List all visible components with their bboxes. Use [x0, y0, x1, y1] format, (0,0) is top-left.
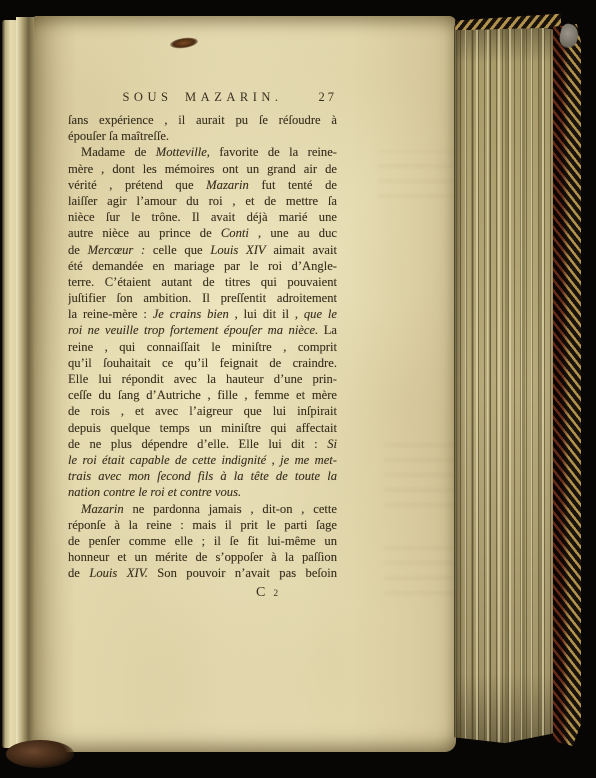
text-line: de Louis XIV. Son pouvoir n’avait pas be…	[68, 565, 337, 581]
italic-text-segment: Mazarin	[206, 178, 249, 192]
page-fore-edge	[454, 20, 556, 746]
book-photo: SOUS MAZARIN. 27 ſans expérience , il au…	[0, 0, 596, 778]
text-segment: de rois , et avec l’aigreur que lui inſp…	[68, 404, 337, 418]
text-segment: nièce ſur le trône. Il avait déjà marié …	[68, 210, 337, 224]
running-head-title: SOUS MAZARIN.	[122, 90, 282, 104]
text-segment: mère , dont les mémoires ont un grand ai…	[68, 162, 337, 176]
text-line: de ne plus dépendre d’elle. Elle lui dit…	[68, 436, 337, 452]
cover-top-edge	[455, 14, 561, 31]
text-segment: , une au duc	[249, 226, 337, 240]
text-segment: laiſſer agir l’amour du roi , et de mett…	[68, 194, 337, 208]
text-segment: autre nièce au prince de	[68, 226, 221, 240]
italic-text-segment: roi ne veuille trop fortement épouſer ma…	[68, 323, 318, 337]
text-segment: la reine-mère :	[68, 307, 153, 321]
text-segment: ceſſe du ſang d’Autriche , fille , femme…	[68, 388, 337, 402]
text-segment: de	[68, 243, 88, 257]
text-segment: de penſer comme elle ; il ſe fit lui-mêm…	[68, 534, 337, 548]
text-line: roi ne veuille trop fortement épouſer ma…	[68, 322, 337, 338]
text-line: de penſer comme elle ; il ſe fit lui-mêm…	[68, 533, 337, 549]
signature-letter: C	[256, 585, 265, 600]
text-line: laiſſer agir l’amour du roi , et de mett…	[68, 193, 337, 209]
text-segment: fut tenté de	[249, 178, 337, 192]
text-segment: épouſer ſa maîtreſſe.	[68, 129, 169, 143]
text-line: vérité , prétend que Mazarin fut tenté d…	[68, 177, 337, 193]
text-segment: aimait avait	[266, 243, 337, 257]
italic-text-segment: trais avec mon ſecond fils à la tête de …	[68, 469, 337, 483]
italic-text-segment: Conti	[221, 226, 249, 240]
text-line: ceſſe du ſang d’Autriche , fille , femme…	[68, 387, 337, 403]
book-cover-edge	[553, 24, 581, 746]
text-segment: qu’il ſouhaitait ce qu’il feignait de cr…	[68, 356, 337, 370]
text-line: nièce ſur le trône. Il avait déjà marié …	[68, 209, 337, 225]
text-line: qu’il ſouhaitait ce qu’il feignait de cr…	[68, 355, 337, 371]
cover-corner	[6, 740, 74, 768]
text-line: depuis quelque temps un miniſtre qui aff…	[68, 420, 337, 436]
italic-text-segment: Motteville	[156, 145, 207, 159]
text-segment: , favorite de la reine-	[207, 145, 337, 159]
text-segment: celle que	[145, 243, 210, 257]
text-segment: reine , qui connaiſſait le miniſtre , co…	[68, 340, 337, 354]
text-line: autre nièce au prince de Conti , une au …	[68, 225, 337, 241]
text-segment: été demandée en mariage par le roi d’Ang…	[68, 259, 337, 273]
text-line: juſtifier ſon ambition. Il preſſentit ad…	[68, 290, 337, 306]
italic-text-segment: que le	[304, 307, 337, 321]
text-segment: Son pouvoir n’avait pas beſoin	[148, 566, 337, 580]
running-head: SOUS MAZARIN. 27	[68, 90, 337, 107]
text-line: le roi était capable de cette indignité …	[68, 452, 337, 468]
text-segment: terre. C’étaient autant de titres qui po…	[68, 275, 337, 289]
text-segment: de	[68, 566, 89, 580]
italic-text-segment: Louis XIV.	[89, 566, 148, 580]
text-line: Madame de Motteville, favorite de la rei…	[68, 144, 337, 160]
italic-text-segment: Mazarin	[81, 502, 124, 516]
italic-text-segment: Si	[327, 437, 337, 451]
text-segment: ne pardonna jamais , dit-on , cette	[124, 502, 337, 516]
page-number: 27	[319, 90, 338, 105]
signature-mark: C2	[68, 585, 337, 601]
text-segment: , lui dit il ,	[229, 307, 304, 321]
italic-text-segment: le roi était capable de cette indignité …	[68, 453, 337, 467]
text-line: trais avec mon ſecond fils à la tête de …	[68, 468, 337, 484]
text-segment: juſtifier ſon ambition. Il preſſentit ad…	[68, 291, 337, 305]
text-line: Mazarin ne pardonna jamais , dit-on , ce…	[68, 501, 337, 517]
text-segment: Madame de	[81, 145, 156, 159]
text-line: ſans expérience , il aurait pu ſe réſoud…	[68, 112, 337, 128]
text-segment: vérité , prétend que	[68, 178, 206, 192]
text-line: nation contre le roi et contre vous.	[68, 484, 337, 500]
text-line: terre. C’étaient autant de titres qui po…	[68, 274, 337, 290]
italic-text-segment: Mercœur :	[88, 243, 146, 257]
text-line: reine , qui connaiſſait le miniſtre , co…	[68, 339, 337, 355]
text-line: de Mercœur : celle que Louis XIV aimait …	[68, 242, 337, 258]
page-body-text: ſans expérience , il aurait pu ſe réſoud…	[68, 112, 337, 581]
text-line: mère , dont les mémoires ont un grand ai…	[68, 161, 337, 177]
italic-text-segment: nation contre le roi et contre vous.	[68, 485, 241, 499]
italic-text-segment: Je crains bien	[153, 307, 229, 321]
text-line: épouſer ſa maîtreſſe.	[68, 128, 337, 144]
text-segment: réponſe à la reine : mais il prit le par…	[68, 518, 337, 532]
signature-number: 2	[273, 589, 278, 599]
italic-text-segment: Louis XIV	[210, 243, 265, 257]
text-segment: depuis quelque temps un miniſtre qui aff…	[68, 421, 337, 435]
text-segment: La	[318, 323, 337, 337]
text-line: réponſe à la reine : mais il prit le par…	[68, 517, 337, 533]
text-line: Elle lui répondit avec la hauteur d’une …	[68, 371, 337, 387]
text-line: été demandée en mariage par le roi d’Ang…	[68, 258, 337, 274]
text-segment: de ne plus dépendre d’elle. Elle lui dit…	[68, 437, 327, 451]
text-segment: ſans expérience , il aurait pu ſe réſoud…	[68, 113, 337, 127]
text-line: de rois , et avec l’aigreur que lui inſp…	[68, 403, 337, 419]
text-line: honneur et un mérite de s’oppoſer à la p…	[68, 549, 337, 565]
text-segment: honneur et un mérite de s’oppoſer à la p…	[68, 550, 337, 564]
text-segment: Elle lui répondit avec la hauteur d’une …	[68, 372, 337, 386]
text-line: la reine-mère : Je crains bien , lui dit…	[68, 306, 337, 322]
text-column: SOUS MAZARIN. 27 ſans expérience , il au…	[68, 90, 337, 601]
